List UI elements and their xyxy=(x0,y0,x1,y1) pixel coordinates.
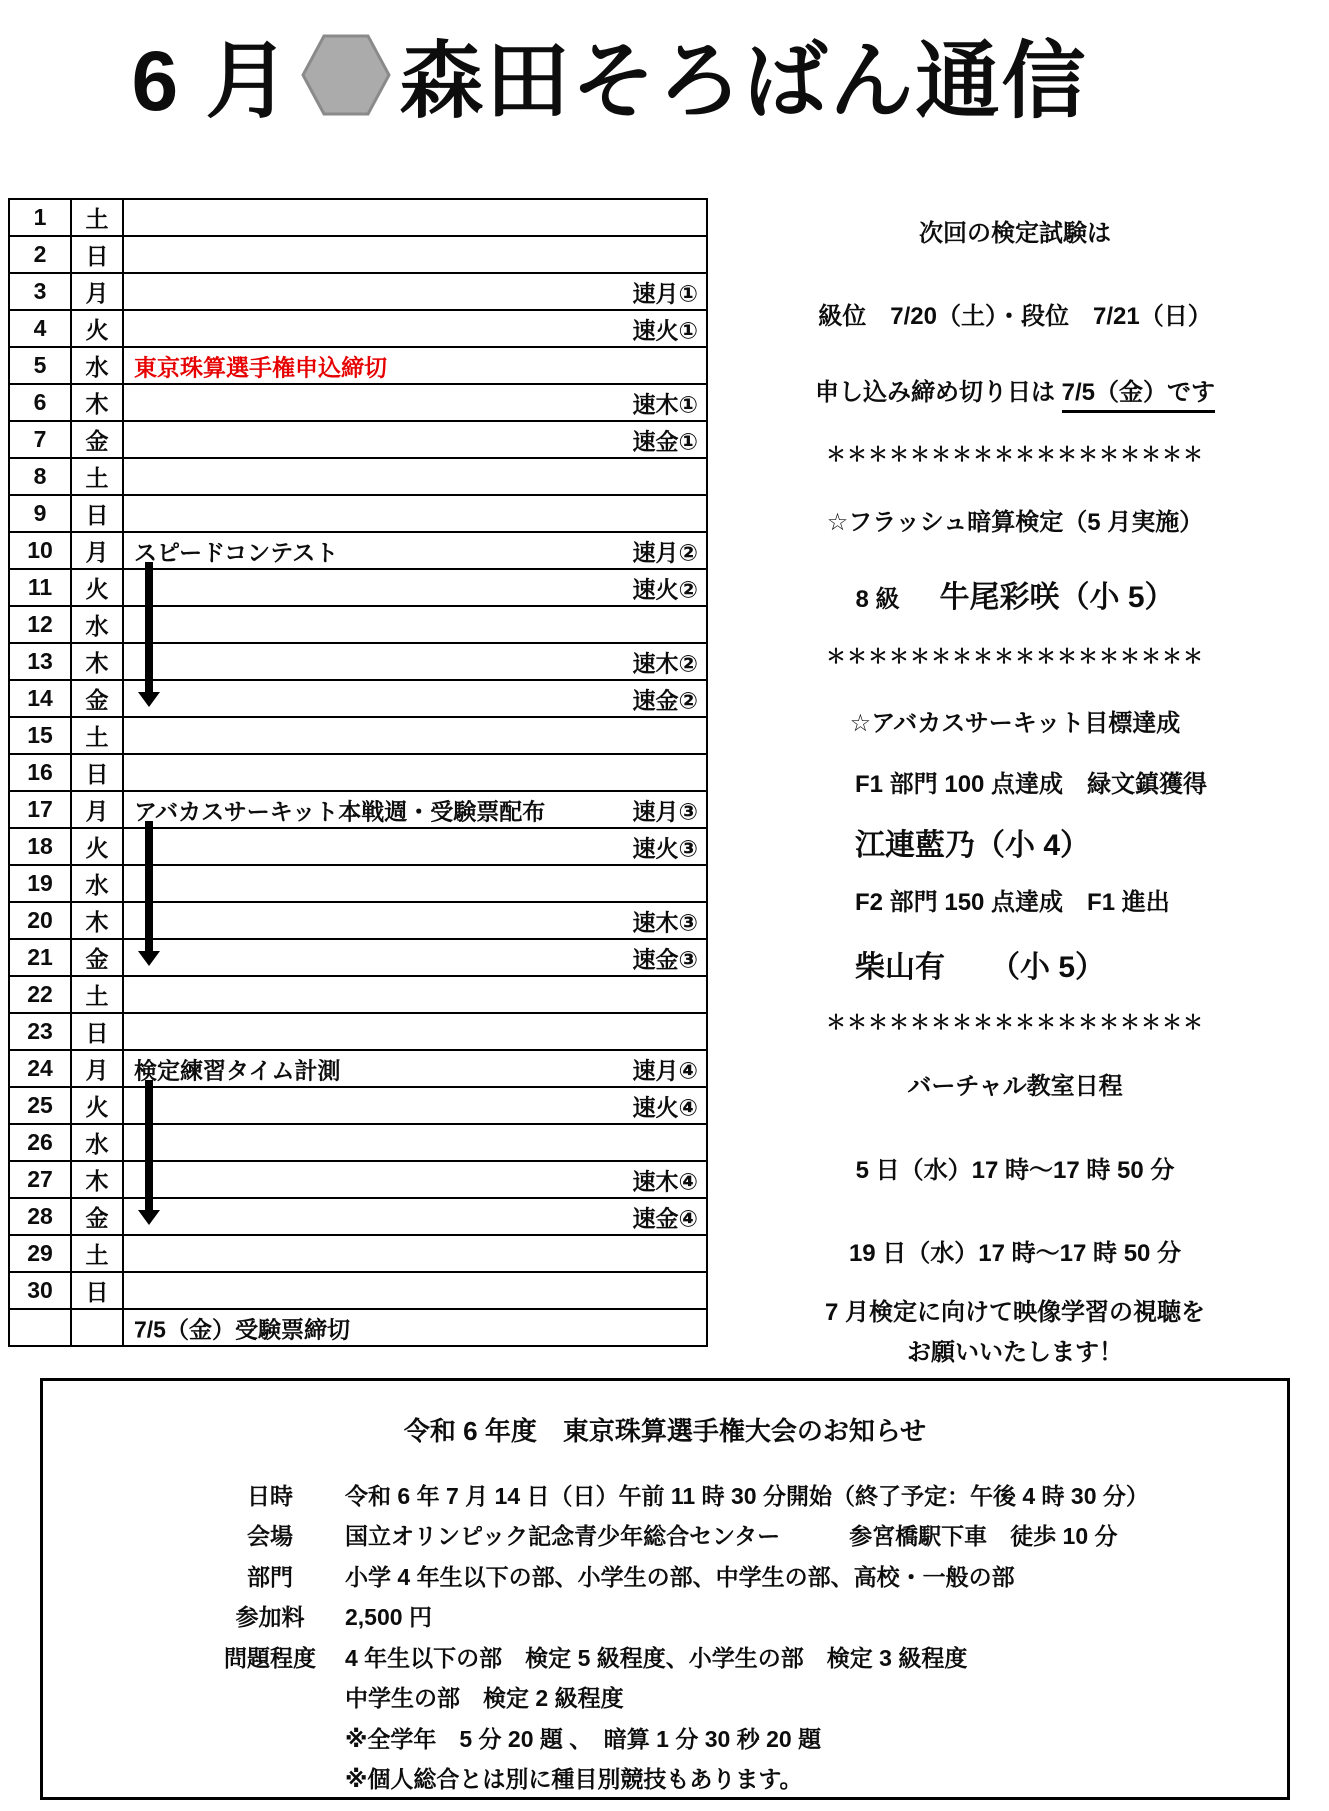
event-text: 検定練習タイム計測 xyxy=(134,1052,341,1085)
lesson-slot-label: 速火③ xyxy=(633,830,698,863)
day-number: 20 xyxy=(9,902,71,939)
day-number: 27 xyxy=(9,1161,71,1198)
deadline-date: 7/5（金）です xyxy=(1062,379,1215,413)
day-number: 11 xyxy=(9,569,71,606)
lesson-slot-label: 速火④ xyxy=(633,1089,698,1122)
arrow-down-head xyxy=(138,692,160,707)
lesson-slot-label: 速金① xyxy=(633,423,698,456)
application-deadline: 申し込み締め切り日は 7/5（金）です xyxy=(715,372,1315,407)
day-number: 25 xyxy=(9,1087,71,1124)
f1-achievement-text: F1 部門 100 点達成 緑文鎮獲得 xyxy=(855,771,1207,798)
calendar-row: 8土 xyxy=(9,458,707,495)
calendar-row: 3月速月① xyxy=(9,273,707,310)
weekday-label: 月 xyxy=(71,791,123,828)
notice-box: 令和 6 年度 東京珠算選手権大会のお知らせ 日時令和 6 年 7 月 14 日… xyxy=(40,1378,1290,1800)
calendar-row: 4火速火① xyxy=(9,310,707,347)
event-text: アバカスサーキット本戦週・受験票配布 xyxy=(134,793,545,826)
calendar-row: 17月アバカスサーキット本戦週・受験票配布速月③ xyxy=(9,791,707,828)
weekday-label: 金 xyxy=(71,939,123,976)
event-text: スピードコンテスト xyxy=(134,534,338,567)
notice-row-text: ※個人総合とは別に種目別競技もあります。 xyxy=(345,1761,1287,1794)
day-number: 19 xyxy=(9,865,71,902)
weekday-label: 日 xyxy=(71,495,123,532)
day-number: 14 xyxy=(9,680,71,717)
calendar-row: 28金速金④ xyxy=(9,1198,707,1235)
calendar-row: 20木速木③ xyxy=(9,902,707,939)
day-number: 4 xyxy=(9,310,71,347)
flash-exam-heading: ☆フラッシュ暗算検定（5 月実施） xyxy=(715,502,1315,537)
lesson-slot-label: 速木② xyxy=(633,645,698,678)
lesson-slot-label: 速月③ xyxy=(633,793,698,826)
weekday-label: 木 xyxy=(71,1161,123,1198)
f2-achievement-text: F2 部門 150 点達成 F1 進出 xyxy=(855,889,1170,916)
day-number: 15 xyxy=(9,717,71,754)
flash-exam-heading-text: ☆フラッシュ暗算検定（5 月実施） xyxy=(827,509,1204,536)
weekday-label: 木 xyxy=(71,643,123,680)
day-number: 18 xyxy=(9,828,71,865)
title-name: 森田そろばん通信 xyxy=(400,14,1088,135)
lesson-slot-label: 速火② xyxy=(633,571,698,604)
calendar-row: 30日 xyxy=(9,1272,707,1309)
calendar-row: 23日 xyxy=(9,1013,707,1050)
weekday-label: 土 xyxy=(71,1235,123,1272)
notice-row: 日時令和 6 年 7 月 14 日（日）午前 11 時 30 分開始（終了予定：… xyxy=(43,1474,1287,1515)
event-cell: 速火③ xyxy=(123,828,707,865)
calendar-row: 10月スピードコンテスト速月② xyxy=(9,532,707,569)
event-cell: 速木② xyxy=(123,643,707,680)
event-cell: アバカスサーキット本戦週・受験票配布速月③ xyxy=(123,791,707,828)
lesson-slot-label: 速月① xyxy=(633,275,698,308)
lesson-slot-label: 速金③ xyxy=(633,941,698,974)
day-number: 5 xyxy=(9,347,71,384)
event-cell: 速火② xyxy=(123,569,707,606)
event-cell: 速火① xyxy=(123,310,707,347)
event-cell: 7/5（金）受験票締切 xyxy=(123,1309,707,1346)
event-cell xyxy=(123,606,707,643)
day-number: 6 xyxy=(9,384,71,421)
event-cell: 速火④ xyxy=(123,1087,707,1124)
video-request-1: 7 月検定に向けて映像学習の視聴を xyxy=(715,1292,1315,1327)
day-number: 21 xyxy=(9,939,71,976)
lesson-slot-label: 速木① xyxy=(633,386,698,419)
day-number: 22 xyxy=(9,976,71,1013)
event-cell xyxy=(123,1272,707,1309)
event-cell: 速金② xyxy=(123,680,707,717)
weekday-label: 月 xyxy=(71,273,123,310)
weekday-label: 月 xyxy=(71,532,123,569)
day-number: 28 xyxy=(9,1198,71,1235)
event-cell xyxy=(123,976,707,1013)
event-cell: 検定練習タイム計測速月④ xyxy=(123,1050,707,1087)
event-cell xyxy=(123,199,707,236)
deadline-text: 申し込み締め切り日は xyxy=(815,379,1062,406)
lesson-slot-label: 速月② xyxy=(633,534,698,567)
weekday-label: 土 xyxy=(71,976,123,1013)
day-number: 3 xyxy=(9,273,71,310)
day-number: 30 xyxy=(9,1272,71,1309)
virtual-date-1-text: 5 日（水）17 時～17 時 50 分 xyxy=(856,1157,1175,1184)
divider-2-text: ＊＊＊＊＊＊＊＊＊＊＊＊＊＊＊＊＊＊ xyxy=(826,646,1204,668)
event-cell xyxy=(123,1124,707,1161)
divider-1: ＊＊＊＊＊＊＊＊＊＊＊＊＊＊＊＊＊＊ xyxy=(715,438,1315,467)
video-request-2: お願いいたします！ xyxy=(715,1332,1315,1367)
title-month: 6 月 xyxy=(131,14,291,135)
f2-achiever-text: 柴山有 （小 5） xyxy=(855,951,1105,984)
weekday-label: 土 xyxy=(71,717,123,754)
day-number xyxy=(9,1309,71,1346)
weekday-label: 水 xyxy=(71,865,123,902)
weekday-label: 水 xyxy=(71,606,123,643)
event-cell: スピードコンテスト速月② xyxy=(123,532,707,569)
calendar-row: 24月検定練習タイム計測速月④ xyxy=(9,1050,707,1087)
event-text: 東京珠算選手権申込締切 xyxy=(134,349,387,382)
weekday-label: 水 xyxy=(71,1124,123,1161)
day-number: 13 xyxy=(9,643,71,680)
event-cell: 速金③ xyxy=(123,939,707,976)
f1-achiever: 江連藍乃（小 4） xyxy=(715,820,1315,864)
day-number: 26 xyxy=(9,1124,71,1161)
notice-row-text: ※全学年 5 分 20 題 、 暗算 1 分 30 秒 20 題 xyxy=(345,1721,1287,1754)
notice-row-text: 小学 4 年生以下の部、小学生の部、中学生の部、高校・一般の部 xyxy=(345,1559,1287,1592)
weekday-label: 木 xyxy=(71,902,123,939)
event-cell xyxy=(123,754,707,791)
notice-row: ※全学年 5 分 20 題 、 暗算 1 分 30 秒 20 題 xyxy=(43,1717,1287,1758)
weekday-label: 火 xyxy=(71,569,123,606)
event-cell: 速木③ xyxy=(123,902,707,939)
notice-row-text: 4 年生以下の部 検定 5 級程度、小学生の部 検定 3 級程度 xyxy=(345,1640,1287,1673)
calendar-row: 19水 xyxy=(9,865,707,902)
calendar-row: 9日 xyxy=(9,495,707,532)
divider-3-text: ＊＊＊＊＊＊＊＊＊＊＊＊＊＊＊＊＊＊ xyxy=(826,1012,1204,1034)
calendar-row: 21金速金③ xyxy=(9,939,707,976)
video-request-2-text: お願いいたします！ xyxy=(907,1339,1123,1366)
grade-label: 8 級 xyxy=(855,586,899,613)
day-number: 9 xyxy=(9,495,71,532)
calendar-row: 2日 xyxy=(9,236,707,273)
f2-achiever: 柴山有 （小 5） xyxy=(715,942,1315,986)
day-number: 17 xyxy=(9,791,71,828)
calendar-row: 11火速火② xyxy=(9,569,707,606)
weekday-label: 火 xyxy=(71,828,123,865)
f1-achiever-text: 江連藍乃（小 4） xyxy=(855,829,1090,862)
weekday-label: 日 xyxy=(71,236,123,273)
notice-row-label: 問題程度 xyxy=(195,1640,345,1673)
calendar-row: 29土 xyxy=(9,1235,707,1272)
virtual-date-1: 5 日（水）17 時～17 時 50 分 xyxy=(715,1150,1315,1185)
day-number: 24 xyxy=(9,1050,71,1087)
weekday-label xyxy=(71,1309,123,1346)
abacus-heading-text: ☆アバカスサーキット目標達成 xyxy=(850,710,1181,737)
achiever-name: 牛尾彩咲（小 5） xyxy=(939,581,1174,614)
newsletter-page: 6 月 森田そろばん通信 1土2日3月速月①4火速火①5水東京珠算選手権申込締切… xyxy=(0,0,1329,1811)
weekday-label: 土 xyxy=(71,199,123,236)
weekday-label: 月 xyxy=(71,1050,123,1087)
lesson-slot-label: 速月④ xyxy=(633,1052,698,1085)
f1-achievement: F1 部門 100 点達成 緑文鎮獲得 xyxy=(715,764,1315,799)
calendar-row: 7/5（金）受験票締切 xyxy=(9,1309,707,1346)
weekday-label: 金 xyxy=(71,680,123,717)
day-number: 29 xyxy=(9,1235,71,1272)
calendar-row: 26水 xyxy=(9,1124,707,1161)
hexagon-icon xyxy=(300,33,392,117)
notice-row: 問題程度4 年生以下の部 検定 5 級程度、小学生の部 検定 3 級程度 xyxy=(43,1636,1287,1677)
notice-row: ※個人総合とは別に種目別競技もあります。 xyxy=(43,1758,1287,1799)
notice-row: 中学生の部 検定 2 級程度 xyxy=(43,1677,1287,1718)
virtual-heading-text: バーチャル教室日程 xyxy=(907,1073,1122,1100)
notice-row-label: 参加料 xyxy=(195,1599,345,1632)
calendar-row: 13木速木② xyxy=(9,643,707,680)
lesson-slot-label: 速木③ xyxy=(633,904,698,937)
calendar-row: 16日 xyxy=(9,754,707,791)
notice-row-text: 令和 6 年 7 月 14 日（日）午前 11 時 30 分開始（終了予定：午後… xyxy=(345,1478,1287,1511)
weekday-label: 水 xyxy=(71,347,123,384)
exam-dates-text: 級位 7/20（土）・段位 7/21（日） xyxy=(818,303,1211,330)
virtual-heading: バーチャル教室日程 xyxy=(715,1066,1315,1101)
event-cell: 速木① xyxy=(123,384,707,421)
lesson-slot-label: 速木④ xyxy=(633,1163,698,1196)
calendar-table: 1土2日3月速月①4火速火①5水東京珠算選手権申込締切6木速木①7金速金①8土9… xyxy=(8,198,708,1347)
event-text: 7/5（金）受験票締切 xyxy=(134,1311,350,1344)
f2-achievement: F2 部門 150 点達成 F1 進出 xyxy=(715,882,1315,917)
calendar-row: 12水 xyxy=(9,606,707,643)
notice-row-text: 中学生の部 検定 2 級程度 xyxy=(345,1680,1287,1713)
event-cell: 東京珠算選手権申込締切 xyxy=(123,347,707,384)
notice-row-label: 部門 xyxy=(195,1559,345,1592)
weekday-label: 木 xyxy=(71,384,123,421)
flash-result: 8 級牛尾彩咲（小 5） xyxy=(715,572,1315,616)
weekday-label: 日 xyxy=(71,1272,123,1309)
event-cell xyxy=(123,865,707,902)
day-number: 2 xyxy=(9,236,71,273)
continuation-arrow-bar xyxy=(145,562,153,693)
notice-row: 参加料2,500 円 xyxy=(43,1596,1287,1637)
notice-title: 令和 6 年度 東京珠算選手権大会のお知らせ xyxy=(43,1411,1287,1448)
notice-row-text: 国立オリンピック記念青少年総合センター 参宮橋駅下車 徒歩 10 分 xyxy=(345,1518,1287,1551)
continuation-arrow-bar xyxy=(145,821,153,952)
day-number: 8 xyxy=(9,458,71,495)
arrow-down-head xyxy=(138,951,160,966)
video-request-1-text: 7 月検定に向けて映像学習の視聴を xyxy=(825,1299,1205,1326)
lesson-slot-label: 速火① xyxy=(633,312,698,345)
weekday-label: 日 xyxy=(71,754,123,791)
abacus-heading: ☆アバカスサーキット目標達成 xyxy=(715,703,1315,738)
event-cell xyxy=(123,236,707,273)
day-number: 10 xyxy=(9,532,71,569)
calendar-row: 22土 xyxy=(9,976,707,1013)
notice-row-text: 2,500 円 xyxy=(345,1599,1287,1632)
calendar-row: 15土 xyxy=(9,717,707,754)
virtual-date-2-text: 19 日（水）17 時～17 時 50 分 xyxy=(849,1240,1181,1267)
event-cell xyxy=(123,717,707,754)
day-number: 12 xyxy=(9,606,71,643)
calendar-row: 25火速火④ xyxy=(9,1087,707,1124)
exam-dates: 級位 7/20（土）・段位 7/21（日） xyxy=(715,296,1315,331)
arrow-down-head xyxy=(138,1210,160,1225)
event-cell xyxy=(123,1235,707,1272)
weekday-label: 火 xyxy=(71,1087,123,1124)
calendar-row: 14金速金② xyxy=(9,680,707,717)
event-cell: 速金① xyxy=(123,421,707,458)
weekday-label: 金 xyxy=(71,1198,123,1235)
virtual-date-2: 19 日（水）17 時～17 時 50 分 xyxy=(715,1233,1315,1268)
weekday-label: 火 xyxy=(71,310,123,347)
divider-3: ＊＊＊＊＊＊＊＊＊＊＊＊＊＊＊＊＊＊ xyxy=(715,1006,1315,1035)
hexagon-shape xyxy=(303,36,389,114)
weekday-label: 日 xyxy=(71,1013,123,1050)
event-cell xyxy=(123,458,707,495)
divider-2: ＊＊＊＊＊＊＊＊＊＊＊＊＊＊＊＊＊＊ xyxy=(715,640,1315,669)
notice-row-label: 会場 xyxy=(195,1518,345,1551)
page-title: 6 月 森田そろばん通信 xyxy=(0,14,1329,135)
notice-row: 会場国立オリンピック記念青少年総合センター 参宮橋駅下車 徒歩 10 分 xyxy=(43,1515,1287,1556)
weekday-label: 金 xyxy=(71,421,123,458)
day-number: 16 xyxy=(9,754,71,791)
lesson-slot-label: 速金② xyxy=(633,682,698,715)
event-cell: 速金④ xyxy=(123,1198,707,1235)
day-number: 1 xyxy=(9,199,71,236)
calendar-row: 6木速木① xyxy=(9,384,707,421)
calendar-row: 1土 xyxy=(9,199,707,236)
continuation-arrow-bar xyxy=(145,1080,153,1211)
divider-1-text: ＊＊＊＊＊＊＊＊＊＊＊＊＊＊＊＊＊＊ xyxy=(826,444,1204,466)
calendar-row: 27木速木④ xyxy=(9,1161,707,1198)
next-exam-heading-text: 次回の検定試験は xyxy=(919,220,1111,247)
lesson-slot-label: 速金④ xyxy=(633,1200,698,1233)
notice-row: 部門小学 4 年生以下の部、小学生の部、中学生の部、高校・一般の部 xyxy=(43,1555,1287,1596)
event-cell: 速木④ xyxy=(123,1161,707,1198)
next-exam-heading: 次回の検定試験は xyxy=(715,213,1315,248)
day-number: 23 xyxy=(9,1013,71,1050)
event-cell xyxy=(123,1013,707,1050)
day-number: 7 xyxy=(9,421,71,458)
event-cell: 速月① xyxy=(123,273,707,310)
notice-rows: 日時令和 6 年 7 月 14 日（日）午前 11 時 30 分開始（終了予定：… xyxy=(43,1474,1287,1798)
event-cell xyxy=(123,495,707,532)
calendar-row: 5水東京珠算選手権申込締切 xyxy=(9,347,707,384)
weekday-label: 土 xyxy=(71,458,123,495)
notice-row-label: 日時 xyxy=(195,1478,345,1511)
calendar-row: 7金速金① xyxy=(9,421,707,458)
calendar-row: 18火速火③ xyxy=(9,828,707,865)
